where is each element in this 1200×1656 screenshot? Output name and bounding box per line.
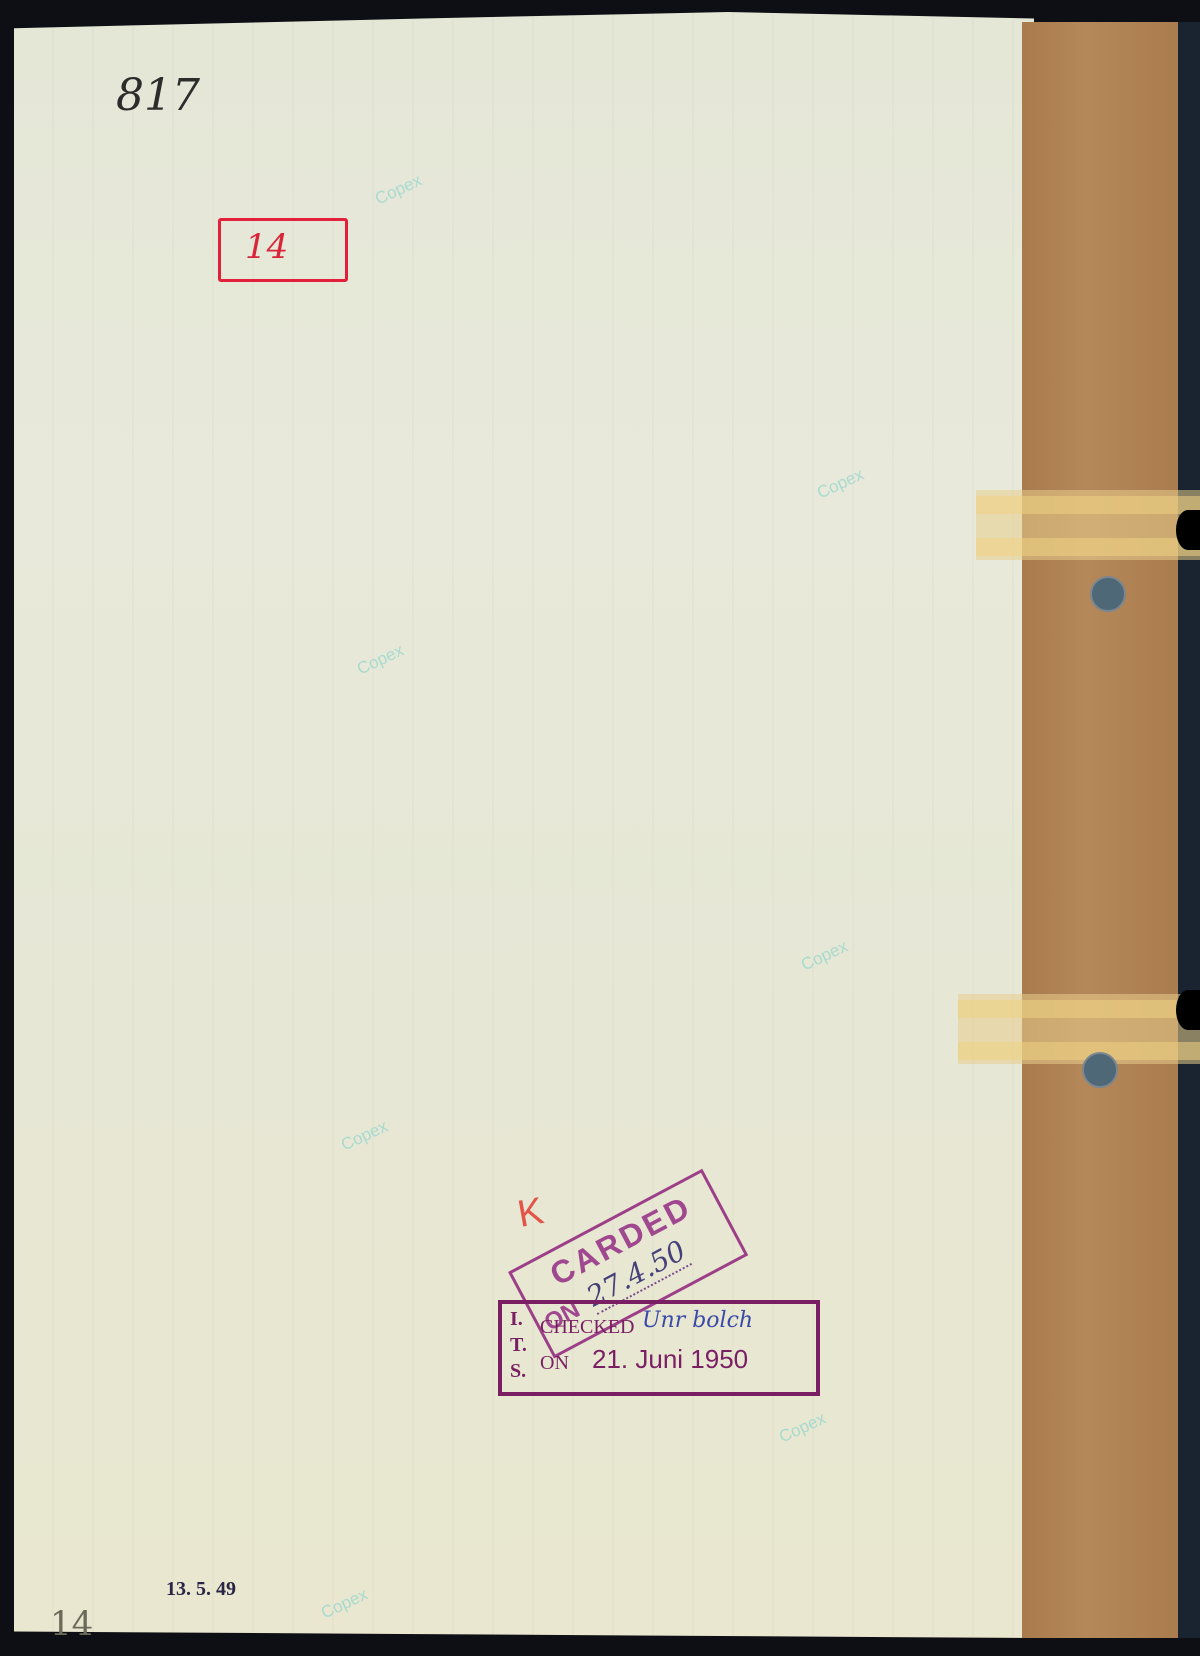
- on-label: ON: [540, 1352, 569, 1375]
- punch-hole: [1082, 1052, 1118, 1088]
- folder-binding: [1022, 22, 1182, 1638]
- red-number-box: 14: [218, 218, 348, 282]
- background-edge: [1178, 22, 1200, 1638]
- checked-label: CHECKED: [540, 1316, 634, 1339]
- red-box-number: 14: [245, 227, 288, 267]
- tape-strip: [958, 994, 1200, 1064]
- tape-strip: [976, 490, 1200, 560]
- binder-hole: [1176, 510, 1200, 550]
- checked-signature: Unr bolch: [642, 1308, 753, 1333]
- its-checked-stamp: I. T. S. CHECKED Unr bolch ON 21. Juni 1…: [498, 1300, 820, 1396]
- handwritten-page-number: 817: [116, 70, 200, 121]
- punch-hole: [1090, 576, 1126, 612]
- bottom-page-number: 14: [50, 1604, 93, 1644]
- checked-date: 21. Juni 1950: [592, 1344, 748, 1375]
- date-stamp: 13. 5. 49: [166, 1578, 236, 1601]
- binder-hole: [1176, 990, 1200, 1030]
- its-letters: I. T. S.: [510, 1306, 527, 1384]
